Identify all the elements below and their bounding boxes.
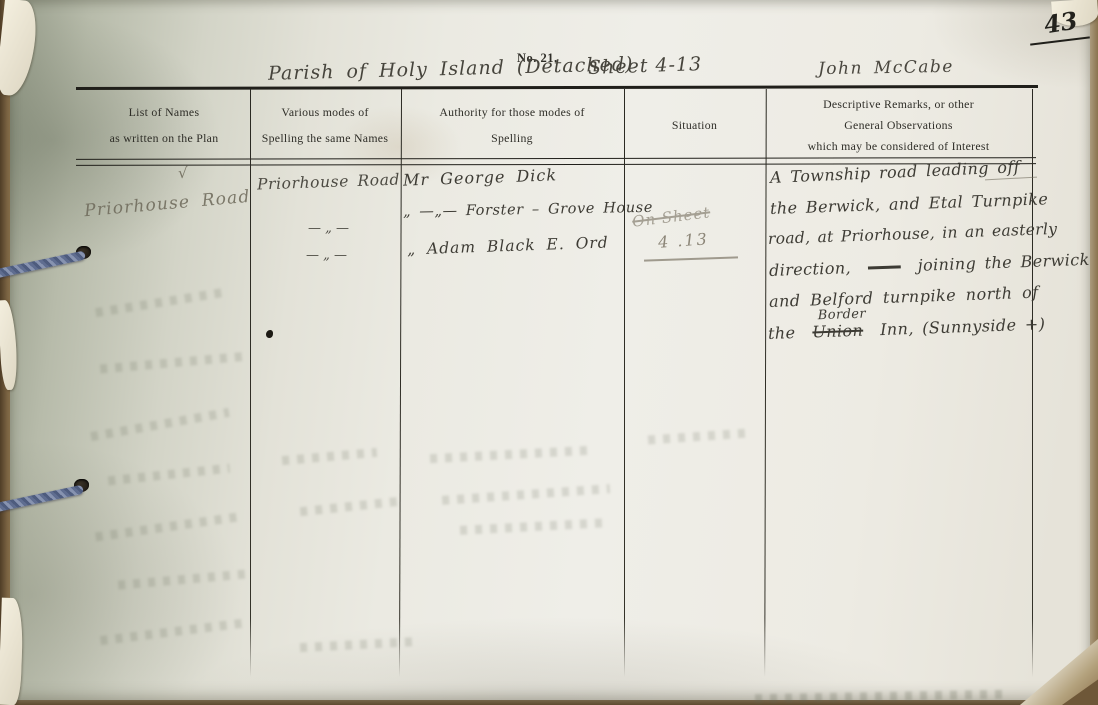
remarks-text: direction, — [769, 258, 852, 280]
title-sheet: Sheet 4-13 — [588, 53, 703, 79]
header-text: Descriptive Remarks, or other — [823, 97, 974, 112]
header-list-of-names: List of Names as written on the Plan — [80, 92, 248, 158]
spelling-ditto-1: — „ — — [308, 221, 349, 236]
header-various-modes: Various modes of Spelling the same Names — [252, 92, 398, 158]
ink-blot — [266, 330, 273, 338]
spelling-ditto-2: — „ — — [306, 248, 347, 263]
header-text: Various modes of — [281, 105, 368, 120]
header-text: Spelling the same Names — [262, 131, 388, 146]
header-text: List of Names — [129, 105, 200, 120]
examiner-signature: John McCabe — [818, 57, 954, 79]
remarks-inserted-border: Border — [818, 307, 867, 324]
remarks-text: the — [768, 323, 796, 343]
column-divider-1 — [250, 89, 251, 677]
column-divider-3 — [624, 89, 625, 677]
header-situation: Situation — [626, 92, 763, 158]
situation-sheet-ref: 4 .13 — [657, 229, 709, 251]
header-text: General Observations — [844, 118, 953, 133]
header-text: Spelling — [491, 131, 533, 146]
remarks-struck-word: —— — [868, 256, 901, 276]
header-text: Situation — [672, 118, 717, 133]
remarks-struck-union: Union — [812, 321, 863, 342]
header-descriptive-remarks: Descriptive Remarks, or other General Ob… — [767, 90, 1030, 160]
header-text: which may be considered of Interest — [808, 139, 990, 154]
scanned-name-book-page: 43 No. 21. Parish of Holy Island (Detach… — [0, 0, 1098, 705]
header-text: Authority for those modes of — [439, 105, 584, 120]
header-authority: Authority for those modes of Spelling — [402, 92, 622, 158]
header-text: as written on the Plan — [110, 131, 219, 146]
folio-number: 43 — [1042, 6, 1080, 40]
check-mark: √ — [178, 164, 188, 182]
